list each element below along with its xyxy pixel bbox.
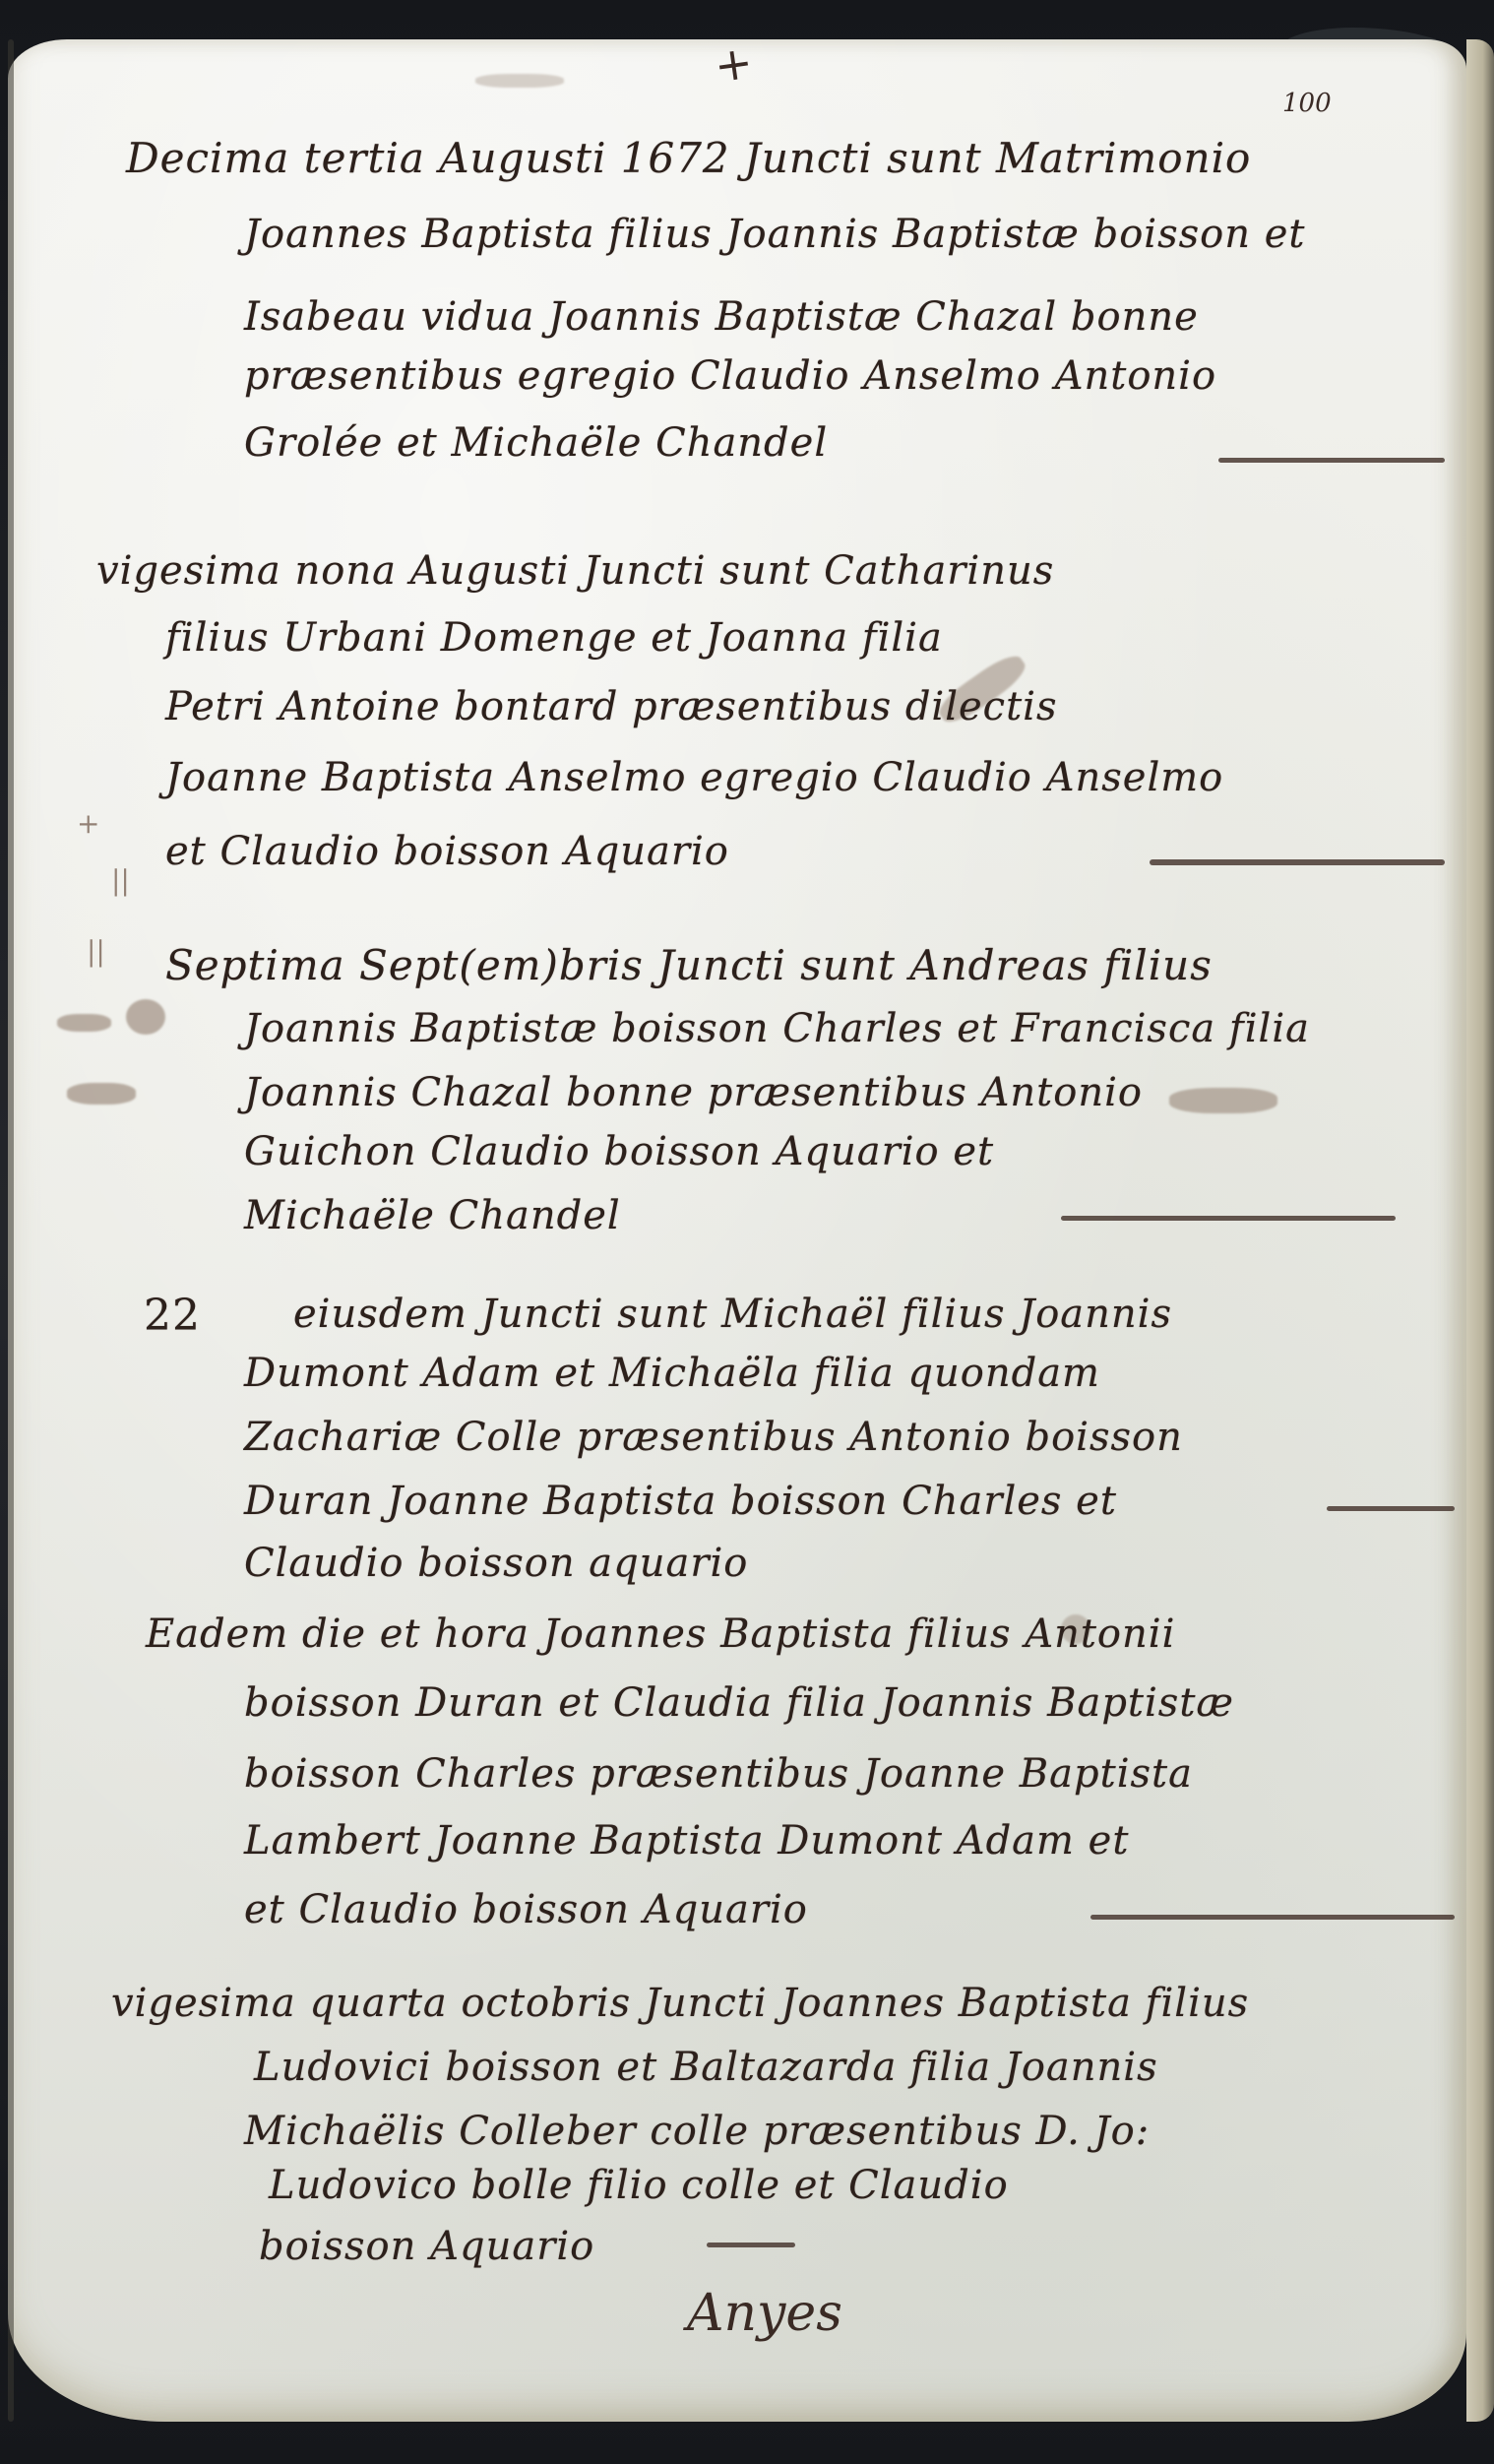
- margin-mark: ||: [111, 864, 130, 897]
- ink-stain: [126, 999, 165, 1035]
- entry-line: boisson Duran et Claudia filia Joannis B…: [244, 1683, 1234, 1723]
- entry-line: Septima Sept(em)bris Juncti sunt Andreas…: [165, 945, 1213, 986]
- entry-line: Joanne Baptista Anselmo egregio Claudio …: [165, 758, 1223, 797]
- adjacent-page-edge: [1466, 39, 1494, 2422]
- entry-line: Joannis Baptistæ boisson Charles et Fran…: [244, 1009, 1310, 1048]
- ink-stain: [67, 1083, 136, 1105]
- line-flourish: [1090, 1915, 1455, 1920]
- line-flourish: [1150, 859, 1445, 865]
- entry-line: Joannes Baptista filius Joannis Baptistæ…: [244, 215, 1305, 254]
- entry-line: Claudio boisson aquario: [244, 1544, 748, 1583]
- entry-line: et Claudio boisson Aquario: [165, 832, 729, 871]
- entry-line: eiusdem Juncti sunt Michaël filius Joann…: [293, 1295, 1172, 1334]
- margin-mark: +: [77, 807, 99, 840]
- entry-line: præsentibus egregio Claudio Anselmo Anto…: [244, 356, 1216, 396]
- manuscript-page: + 100 + || || Decima tertia Augusti 1672…: [8, 39, 1466, 2422]
- entry-line: boisson Aquario: [259, 2227, 594, 2266]
- entry-line: Guichon Claudio boisson Aquario et: [244, 1132, 994, 1171]
- ink-stain: [475, 74, 564, 88]
- line-flourish: [1061, 1216, 1396, 1221]
- folio-number: 100: [1282, 89, 1332, 118]
- entry-line: vigesima nona Augusti Juncti sunt Cathar…: [96, 551, 1054, 591]
- line-flourish: [1327, 1506, 1455, 1511]
- entry-line: Isabeau vidua Joannis Baptistæ Chazal bo…: [244, 297, 1199, 337]
- entry-line: Duran Joanne Baptista boisson Charles et: [244, 1482, 1117, 1521]
- ink-stain: [1169, 1088, 1277, 1113]
- entry-line: Ludovici boisson et Baltazarda filia Joa…: [254, 2048, 1158, 2087]
- entry-line: Petri Antoine bontard præsentibus dilect…: [165, 687, 1057, 727]
- entry-line: Michaëlis Colleber colle præsentibus D. …: [244, 2112, 1150, 2151]
- margin-mark: ||: [87, 935, 105, 968]
- priest-signature: Anyes: [687, 2284, 842, 2343]
- marginal-date-number: 22: [144, 1295, 201, 1338]
- entry-line: Dumont Adam et Michaëla filia quondam: [244, 1354, 1100, 1393]
- line-flourish: [1218, 458, 1445, 463]
- entry-line: Lambert Joanne Baptista Dumont Adam et: [244, 1821, 1129, 1861]
- ink-stain: [57, 1014, 111, 1032]
- entry-line: Ludovico bolle filio colle et Claudio: [269, 2166, 1009, 2205]
- entry-line: Eadem die et hora Joannes Baptista filiu…: [146, 1614, 1175, 1654]
- entry-line: Zachariæ Colle præsentibus Antonio boiss…: [244, 1418, 1183, 1457]
- entry-line: vigesima quarta octobris Juncti Joannes …: [111, 1984, 1249, 2023]
- entry-line: Decima tertia Augusti 1672 Juncti sunt M…: [126, 138, 1251, 179]
- entry-line: et Claudio boisson Aquario: [244, 1890, 808, 1929]
- entry-line: Grolée et Michaële Chandel: [244, 423, 828, 463]
- cross-mark: +: [711, 35, 756, 94]
- line-flourish: [707, 2243, 795, 2247]
- entry-line: Joannis Chazal bonne præsentibus Antonio: [244, 1073, 1143, 1112]
- entry-line: filius Urbani Domenge et Joanna filia: [165, 618, 943, 658]
- entry-line: Michaële Chandel: [244, 1196, 621, 1235]
- entry-line: boisson Charles præsentibus Joanne Bapti…: [244, 1754, 1193, 1794]
